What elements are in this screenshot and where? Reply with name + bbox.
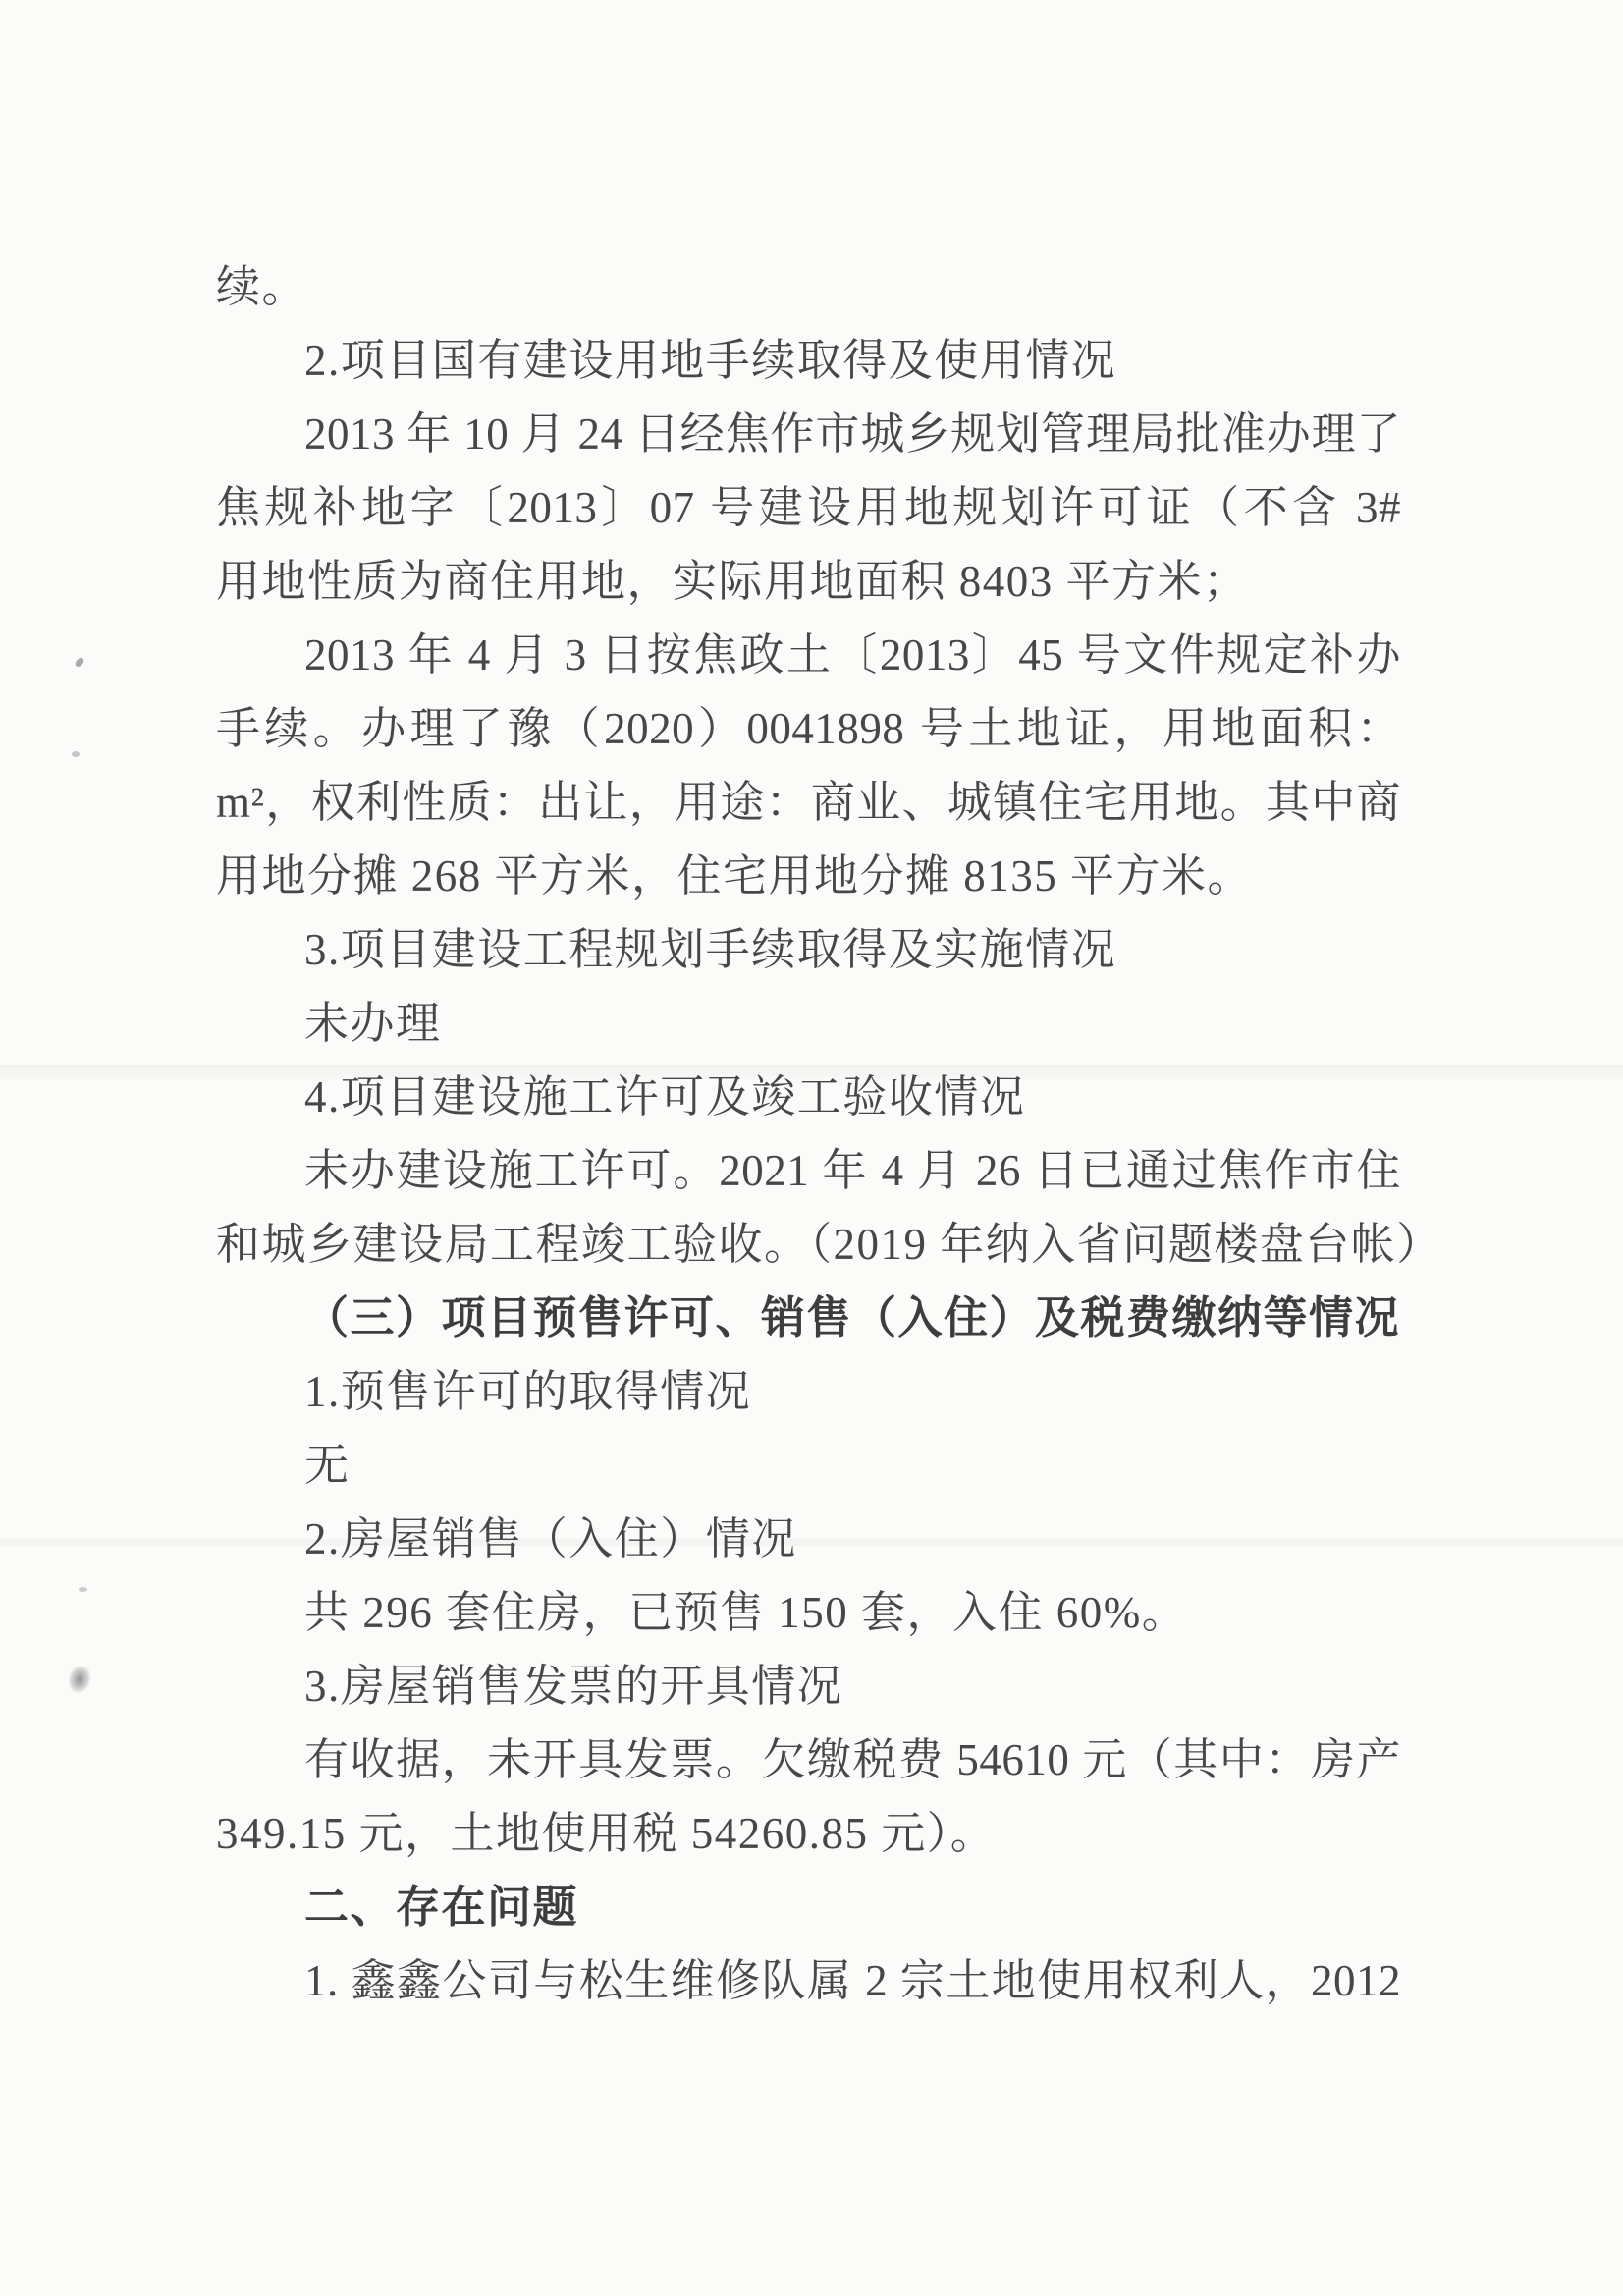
section-heading: （三）项目预售许可、销售（入住）及税费缴纳等情况 — [216, 1282, 1401, 1355]
paragraph-line: 共 296 套住房，已预售 150 套，入住 60%。 — [216, 1576, 1401, 1650]
paragraph-line: 手续。办理了豫（2020）0041898 号土地证，用地面积：8403 — [216, 692, 1401, 766]
paragraph-line: 未办建设施工许可。2021 年 4 月 26 日已通过焦作市住房 — [216, 1134, 1401, 1208]
paragraph-line: 焦规补地字〔2013〕07 号建设用地规划许可证（不含 3#楼）， — [216, 471, 1401, 545]
item-heading-line: 3.项目建设工程规划手续取得及实施情况 — [216, 913, 1401, 987]
paragraph-line: 1. 鑫鑫公司与松生维修队属 2 宗土地使用权利人，2012 — [216, 1944, 1401, 2018]
item-heading-line: 4.项目建设施工许可及竣工验收情况 — [216, 1061, 1401, 1134]
scan-speck-artifact — [74, 657, 85, 669]
item-heading-line: 3.房屋销售发票的开具情况 — [216, 1650, 1401, 1723]
paragraph-line: m²，权利性质：出让，用途：商业、城镇住宅用地。其中商服 — [216, 766, 1401, 840]
paragraph-line: 2013 年 4 月 3 日按焦政土〔2013〕45 号文件规定补办用地 — [216, 619, 1401, 692]
item-heading-line: 2.房屋销售（入住）情况 — [216, 1503, 1401, 1576]
paragraph-continuation-line: 续。 — [216, 250, 1401, 324]
paragraph-line: 无 — [216, 1429, 1401, 1503]
paragraph-line: 用地性质为商住用地，实际用地面积 8403 平方米； — [216, 545, 1401, 619]
paragraph-line: 349.15 元，土地使用税 54260.85 元）。 — [216, 1797, 1401, 1871]
paragraph-line: 有收据，未开具发票。欠缴税费 54610 元（其中：房产税 — [216, 1723, 1401, 1797]
item-heading-line: 1.预售许可的取得情况 — [216, 1355, 1401, 1429]
scan-smudge-artifact — [66, 1664, 93, 1696]
scan-speck-artifact — [72, 751, 80, 757]
paragraph-line: 和城乡建设局工程竣工验收。（2019 年纳入省问题楼盘台帐） — [216, 1208, 1401, 1282]
item-heading-line: 2.项目国有建设用地手续取得及使用情况 — [216, 324, 1401, 398]
document-page: 续。 2.项目国有建设用地手续取得及使用情况 2013 年 10 月 24 日经… — [0, 0, 1623, 2296]
section-heading: 二、存在问题 — [216, 1871, 1401, 1944]
document-text: 续。 2.项目国有建设用地手续取得及使用情况 2013 年 10 月 24 日经… — [216, 250, 1401, 2018]
paragraph-line: 2013 年 10 月 24 日经焦作市城乡规划管理局批准办理了 — [216, 398, 1401, 471]
paragraph-line: 用地分摊 268 平方米，住宅用地分摊 8135 平方米。 — [216, 840, 1401, 913]
scan-speck-artifact — [79, 1587, 87, 1592]
paragraph-line: 未办理 — [216, 987, 1401, 1061]
